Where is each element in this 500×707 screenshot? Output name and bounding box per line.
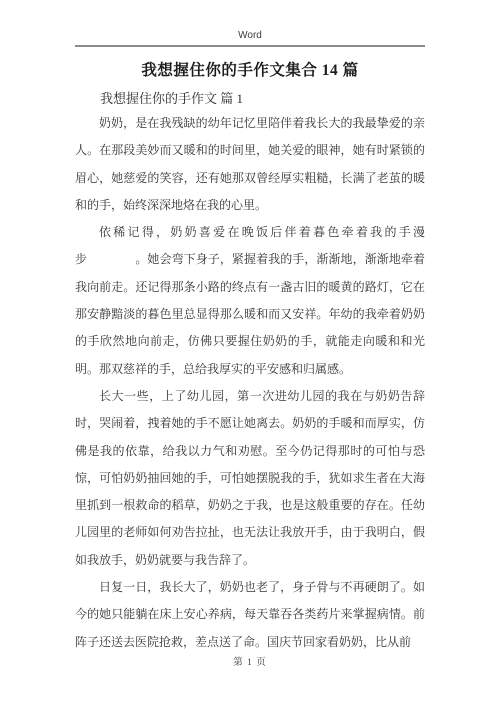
document-page: Word 我想握住你的手作文集合 14 篇 我想握住你的手作文 篇 1 奶奶，是… xyxy=(0,0,500,707)
paragraph: 奶奶，是在我残缺的幼年记忆里陪伴着我长大的我最挚爱的亲人。在那段美妙而又暖和的时… xyxy=(75,110,425,219)
page-header: Word xyxy=(75,30,425,47)
document-body: 奶奶，是在我残缺的幼年记忆里陪伴着我长大的我最挚爱的亲人。在那段美妙而又暖和的时… xyxy=(75,110,425,656)
page-number: 第 1 页 xyxy=(233,658,267,668)
page-footer: 第 1 页 xyxy=(0,654,500,668)
document-title: 我想握住你的手作文集合 14 篇 xyxy=(75,61,425,81)
section-subtitle: 我想握住你的手作文 篇 1 xyxy=(75,90,425,107)
paragraph: 日复一日，我长大了，奶奶也老了，身子骨与不再硬朗了。如今的她只能躺在床上安心养病… xyxy=(75,574,425,656)
paragraph: 长大一些，上了幼儿园，第一次进幼儿园的我在与奶奶告辞时，哭闹着，拽着她的手不愿让… xyxy=(75,383,425,574)
app-label: Word xyxy=(238,30,262,41)
paragraph: 依稀记得，奶奶喜爱在晚饭后伴着暮色牵着我的手漫步 。她会弯下身子，紧握着我的手，… xyxy=(75,219,425,383)
